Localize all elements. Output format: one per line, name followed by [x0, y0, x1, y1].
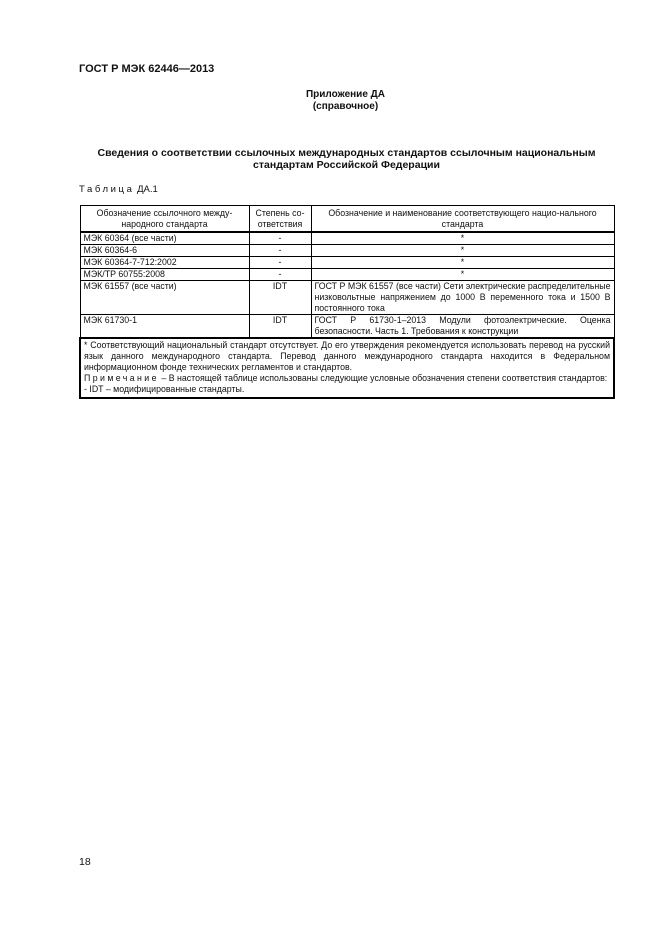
cell-degree: IDT: [249, 315, 311, 339]
cell-degree: IDT: [249, 281, 311, 315]
note-label: Примечание: [84, 373, 159, 383]
asterisk-note: * Соответствующий национальный стандарт …: [84, 340, 610, 373]
appendix-title: Приложение ДА: [30, 89, 661, 101]
section-title-line-1: Сведения о соответствии ссылочных междун…: [79, 147, 614, 159]
cell-national: *: [311, 245, 614, 257]
cell-national: ГОСТ Р МЭК 61557 (все части) Сети электр…: [311, 281, 614, 315]
header-intl-standard: Обозначение ссылочного между-народного с…: [80, 206, 249, 233]
legend-item: - IDT – модифицированные стандарты.: [84, 384, 610, 395]
header-degree: Степень со-ответствия: [249, 206, 311, 233]
table-row: МЭК 60364 (все части) - *: [80, 232, 614, 245]
section-title: Сведения о соответствии ссылочных междун…: [79, 147, 614, 171]
cell-degree: -: [249, 269, 311, 281]
appendix-heading: Приложение ДА (справочное): [0, 89, 661, 113]
standards-correspondence-table: Обозначение ссылочного между-народного с…: [79, 205, 615, 399]
cell-degree: -: [249, 232, 311, 245]
table-row: МЭК 60364-6 - *: [80, 245, 614, 257]
table-footnote-row: * Соответствующий национальный стандарт …: [80, 338, 614, 398]
section-title-line-2: стандартам Российской Федерации: [79, 159, 614, 171]
cell-national: ГОСТ Р 61730-1–2013 Модули фотоэлектриче…: [311, 315, 614, 339]
table-caption-word: Таблица: [79, 184, 134, 195]
appendix-subtitle: (справочное): [30, 101, 661, 113]
cell-intl: МЭК 60364-6: [80, 245, 249, 257]
table-caption-id: ДА.1: [137, 184, 158, 195]
note-paragraph: Примечание – В настоящей таблице использ…: [84, 373, 610, 384]
cell-national: *: [311, 232, 614, 245]
header-national-standard: Обозначение и наименование соответствующ…: [311, 206, 614, 233]
table-row: МЭК 61557 (все части) IDT ГОСТ Р МЭК 615…: [80, 281, 614, 315]
cell-intl: МЭК 60364 (все части): [80, 232, 249, 245]
table-footnote: * Соответствующий национальный стандарт …: [80, 338, 614, 398]
document-code: ГОСТ Р МЭК 62446—2013: [79, 63, 214, 75]
cell-national: *: [311, 269, 614, 281]
table-caption: Таблица ДА.1: [79, 184, 158, 195]
table-row: МЭК 61730-1 IDT ГОСТ Р 61730-1–2013 Моду…: [80, 315, 614, 339]
table-row: МЭК 60364-7-712:2002 - *: [80, 257, 614, 269]
table-row: МЭК/ТР 60755:2008 - *: [80, 269, 614, 281]
note-text: – В настоящей таблице использованы следу…: [159, 373, 607, 383]
cell-degree: -: [249, 257, 311, 269]
page-number: 18: [79, 856, 91, 868]
cell-intl: МЭК/ТР 60755:2008: [80, 269, 249, 281]
cell-national: *: [311, 257, 614, 269]
cell-degree: -: [249, 245, 311, 257]
cell-intl: МЭК 60364-7-712:2002: [80, 257, 249, 269]
cell-intl: МЭК 61730-1: [80, 315, 249, 339]
cell-intl: МЭК 61557 (все части): [80, 281, 249, 315]
table-header-row: Обозначение ссылочного между-народного с…: [80, 206, 614, 233]
